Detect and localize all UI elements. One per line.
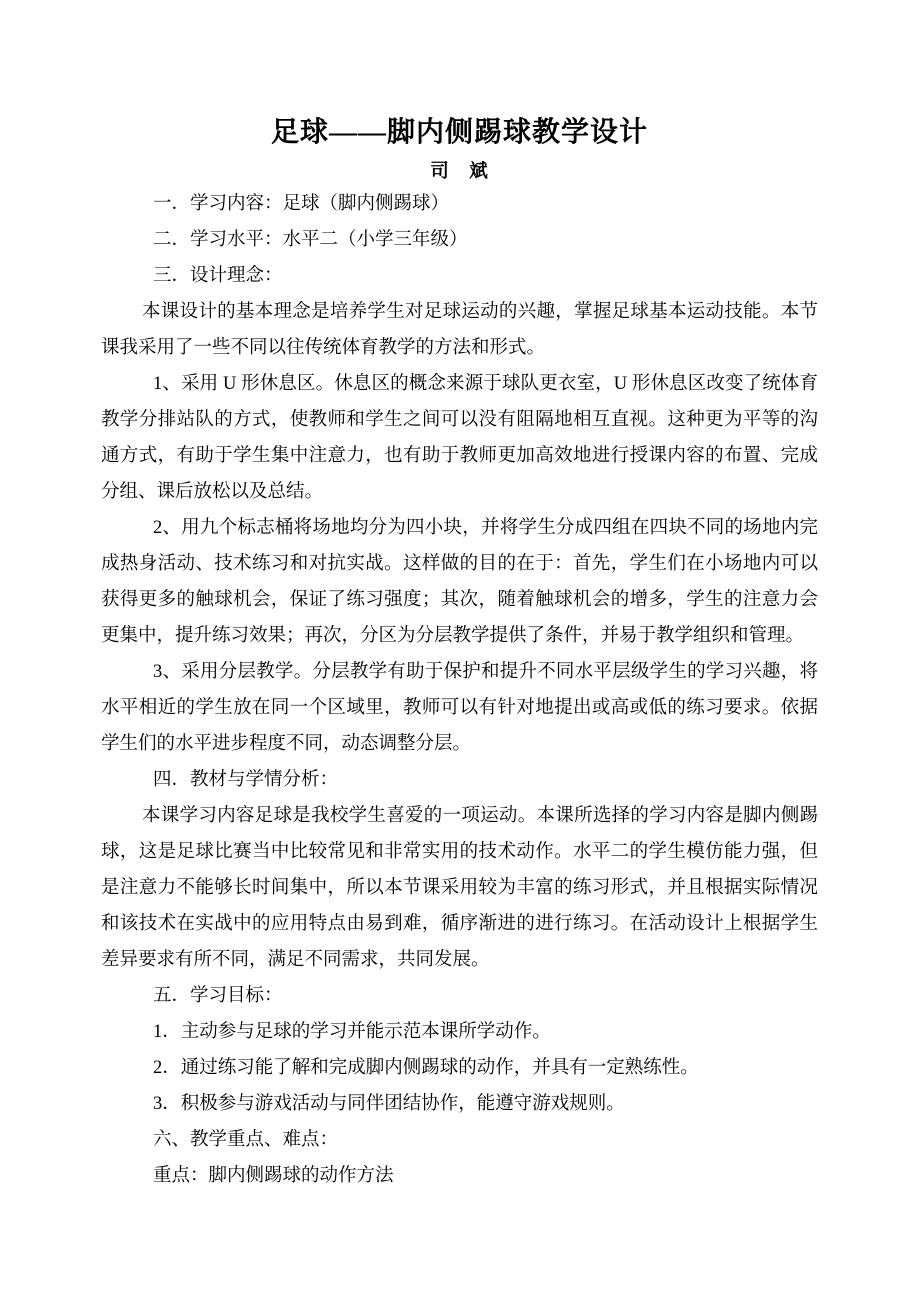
text-line: 差异要求有所不同，满足不同需求，共同发展。 [101,942,818,978]
document-page: 足球——脚内侧踢球教学设计 司 斌 一．学习内容：足球（脚内侧踢球） 二．学习水… [0,0,920,1302]
document-author: 司 斌 [101,158,818,186]
text-line: 球，这是足球比赛当中比较常见和非常实用的技术动作。水平二的学生模仿能力强，但 [101,834,818,870]
document-body: 一．学习内容：足球（脚内侧踢球） 二．学习水平：水平二（小学三年级） 三．设计理… [101,186,818,1194]
list-item-goal-3: 3．积极参与游戏活动与同伴团结协作，能遵守游戏规则。 [101,1086,818,1122]
text-line: 本课设计的基本理念是培养学生对足球运动的兴趣，掌握足球基本运动技能。本节 [101,294,818,330]
heading-learning-content: 一．学习内容：足球（脚内侧踢球） [101,186,818,222]
text-line: 3．积极参与游戏活动与同伴团结协作，能遵守游戏规则。 [101,1086,818,1122]
heading-learning-goals: 五．学习目标： [101,978,818,1014]
text-line: 成热身活动、技术练习和对抗实战。这样做的目的在于：首先，学生们在小场地内可以 [101,546,818,582]
text-line: 获得更多的触球机会，保证了练习强度；其次，随着触球机会的增多，学生的注意力会 [101,582,818,618]
paragraph-design-point-3: 3、采用分层教学。分层教学有助于保护和提升不同水平层级学生的学习兴趣，将 水平相… [101,654,818,762]
list-item-goal-2: 2．通过练习能了解和完成脚内侧踢球的动作，并具有一定熟练性。 [101,1050,818,1086]
heading-key-difficult-points: 六、教学重点、难点： [101,1122,818,1158]
text-line: 和该技术在实战中的应用特点由易到难，循序渐进的进行练习。在活动设计上根据学生 [101,906,818,942]
text-line: 学生们的水平进步程度不同，动态调整分层。 [101,726,818,762]
text-line: 1．主动参与足球的学习并能示范本课所学动作。 [101,1014,818,1050]
heading-learning-level: 二．学习水平：水平二（小学三年级） [101,222,818,258]
list-item-goal-1: 1．主动参与足球的学习并能示范本课所学动作。 [101,1014,818,1050]
text-line: 水平相近的学生放在同一个区域里，教师可以有针对地提出或高或低的练习要求。依据 [101,690,818,726]
text-line: 2．通过练习能了解和完成脚内侧踢球的动作，并具有一定熟练性。 [101,1050,818,1086]
text-line: 课我采用了一些不同以往传统体育教学的方法和形式。 [101,330,818,366]
text-line: 3、采用分层教学。分层教学有助于保护和提升不同水平层级学生的学习兴趣，将 [101,654,818,690]
text-line: 二．学习水平：水平二（小学三年级） [101,222,818,258]
document-title: 足球——脚内侧踢球教学设计 [101,0,818,150]
paragraph-design-concept-intro: 本课设计的基本理念是培养学生对足球运动的兴趣，掌握足球基本运动技能。本节 课我采… [101,294,818,366]
text-line: 分组、课后放松以及总结。 [101,474,818,510]
text-line: 一．学习内容：足球（脚内侧踢球） [101,186,818,222]
text-line: 六、教学重点、难点： [101,1122,818,1158]
text-line: 2、用九个标志桶将场地均分为四小块，并将学生分成四组在四块不同的场地内完 [101,510,818,546]
heading-material-analysis: 四．教材与学情分析： [101,762,818,798]
text-line: 三．设计理念： [101,258,818,294]
text-line: 是注意力不能够长时间集中，所以本节课采用较为丰富的练习形式，并且根据实际情况 [101,870,818,906]
text-line: 重点：脚内侧踢球的动作方法 [101,1158,818,1194]
text-line: 更集中，提升练习效果；再次，分区为分层教学提供了条件，并易于教学组织和管理。 [101,618,818,654]
heading-design-concept: 三．设计理念： [101,258,818,294]
text-line: 五．学习目标： [101,978,818,1014]
text-line: 本课学习内容足球是我校学生喜爱的一项运动。本课所选择的学习内容是脚内侧踢 [101,798,818,834]
text-line: 教学分排站队的方式，使教师和学生之间可以没有阻隔地相互直视。这种更为平等的沟 [101,402,818,438]
text-line: 通方式，有助于学生集中注意力，也有助于教师更加高效地进行授课内容的布置、完成 [101,438,818,474]
paragraph-key-point: 重点：脚内侧踢球的动作方法 [101,1158,818,1194]
text-line: 四．教材与学情分析： [101,762,818,798]
paragraph-design-point-1: 1、采用 U 形休息区。休息区的概念来源于球队更衣室，U 形休息区改变了统体育 … [101,366,818,510]
text-line: 1、采用 U 形休息区。休息区的概念来源于球队更衣室，U 形休息区改变了统体育 [101,366,818,402]
paragraph-design-point-2: 2、用九个标志桶将场地均分为四小块，并将学生分成四组在四块不同的场地内完 成热身… [101,510,818,654]
paragraph-material-analysis: 本课学习内容足球是我校学生喜爱的一项运动。本课所选择的学习内容是脚内侧踢 球，这… [101,798,818,978]
